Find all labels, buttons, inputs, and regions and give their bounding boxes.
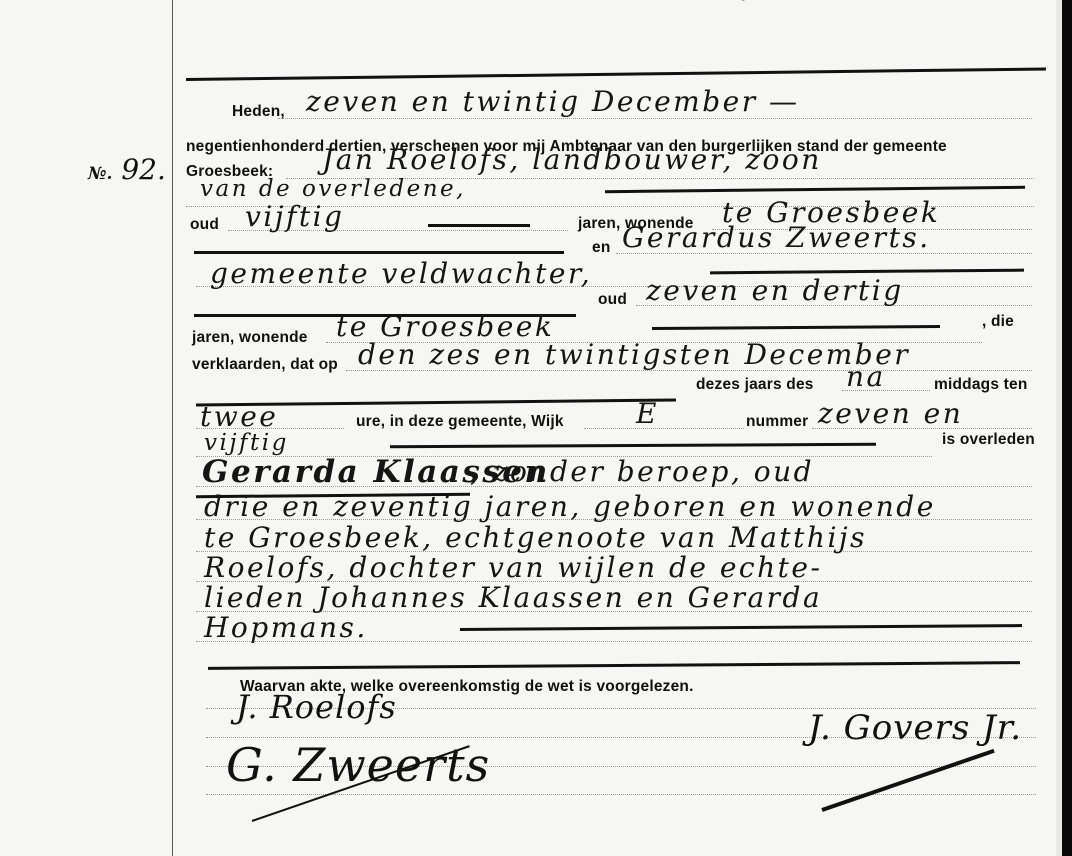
section-rule-top [186, 67, 1046, 81]
hw-declarant2: Gerardus Zweerts. [622, 221, 931, 254]
fill-rule [390, 443, 876, 449]
label-ure-wijk: ure, in deze gemeente, Wijk [356, 413, 564, 431]
top-ink-stroke [740, 0, 819, 1]
fill-rule [194, 251, 564, 254]
scan-dark-edge [1062, 0, 1072, 856]
number-sign: №. [88, 164, 112, 184]
label-oud-1: oud [190, 216, 219, 234]
label-die: , die [982, 313, 1014, 331]
label-heden: Heden, [232, 103, 285, 121]
hw-declarant1-relation: van de overledene, [200, 176, 466, 202]
hw-body-line6: Hopmans. [204, 611, 368, 644]
record-number: №. 92. [88, 153, 166, 186]
hw-body-line1-rest: , zonder beroep, oud [470, 455, 814, 488]
fill-rule [460, 624, 1022, 631]
hw-body-line2: drie en zeventig jaren, geboren en wonen… [204, 490, 936, 523]
signature-declarant1: J. Roelofs [236, 688, 397, 726]
hw-wijk: E [636, 397, 659, 430]
hw-body-line5: lieden Johannes Klaassen en Gerarda [204, 581, 822, 614]
label-dezes-jaars: dezes jaars des [696, 376, 814, 394]
label-middags-ten: middags ten [934, 376, 1028, 394]
hw-body-line3: te Groesbeek, echtgenoote van Matthijs [204, 521, 867, 554]
hw-declarant1-age: vijftig [245, 200, 344, 233]
hw-declarant2-age: zeven en dertig [646, 274, 904, 307]
hw-house-number-1: zeven en [818, 397, 963, 430]
signature-flourish-registrar [821, 749, 994, 812]
fill-rule [605, 186, 1025, 193]
hw-house-number-2: vijftig [204, 430, 289, 456]
hw-declarant2-occupation: gemeente veldwachter, [210, 257, 592, 290]
fill-rule [428, 224, 530, 227]
hw-hour: twee [200, 400, 278, 433]
label-verklaarden: verklaarden, dat op [192, 356, 338, 374]
document-page: №. 92. Heden, zeven en twintig December … [0, 0, 1060, 856]
fill-rule [652, 325, 940, 330]
hw-body-line4: Roelofs, dochter van wijlen de echte- [204, 551, 822, 584]
section-rule-bottom [208, 661, 1020, 670]
dotted-line [278, 118, 1032, 119]
label-oud-2: oud [598, 291, 627, 309]
label-nummer: nummer [746, 413, 808, 431]
label-en: en [592, 239, 611, 257]
hw-ante-post: na [846, 360, 886, 393]
dotted-line [584, 428, 744, 429]
record-number-value: 92. [121, 153, 166, 186]
signature-registrar: J. Govers Jr. [808, 708, 1022, 748]
hw-death-date: den zes en twintigsten December [358, 338, 910, 371]
label-jaren-wonende-2: jaren, wonende [192, 329, 308, 347]
label-is-overleden: is overleden [942, 431, 1035, 449]
hw-declarant1: Jan Roelofs, landbouwer, zoon [322, 143, 822, 176]
hw-date: zeven en twintig December — [306, 85, 800, 118]
margin-rule [172, 0, 173, 856]
